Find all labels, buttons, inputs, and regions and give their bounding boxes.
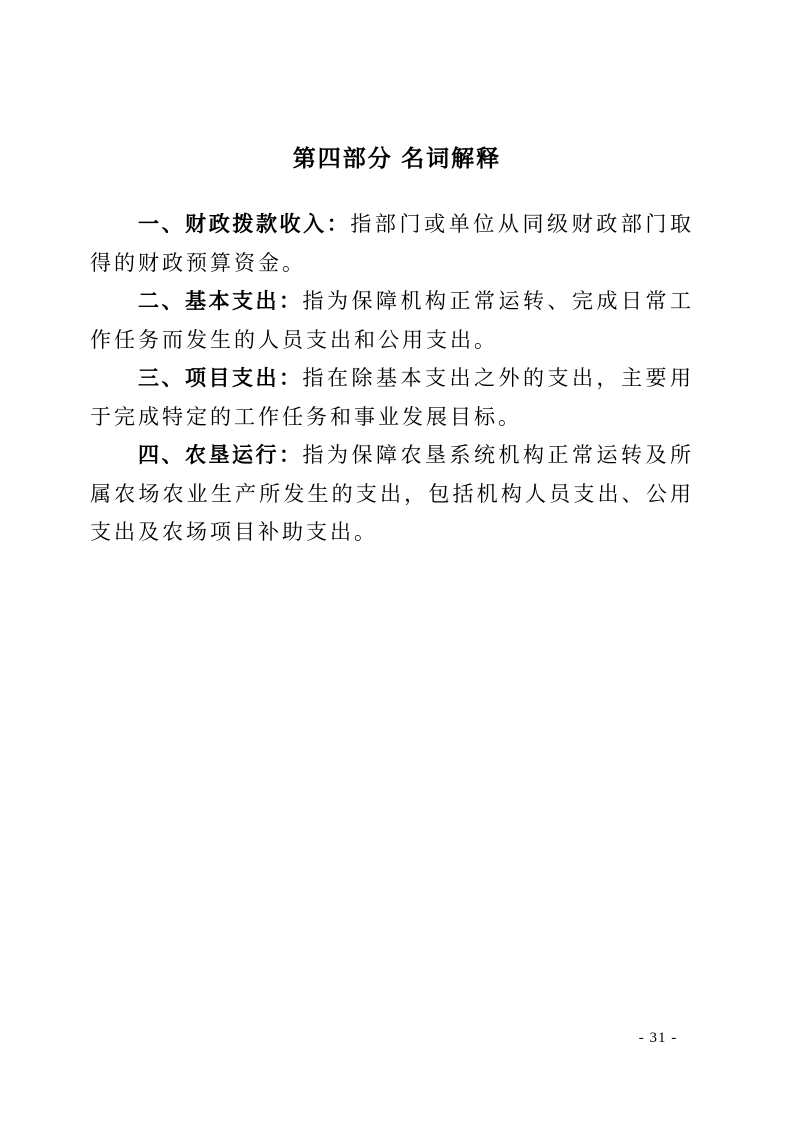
term-definition: 三、项目支出：指在除基本支出之外的支出，主要用于完成特定的工作任务和事业发展目标…: [90, 359, 694, 436]
page-number: - 31 -: [620, 1030, 696, 1047]
term-definition: 二、基本支出：指为保障机构正常运转、完成日常工作任务而发生的人员支出和公用支出。: [90, 282, 694, 359]
term-label: 四、农垦运行：: [138, 444, 303, 467]
document-page: 第四部分 名词解释 一、财政拨款收入：指部门或单位从同级财政部门取得的财政预算资…: [0, 0, 794, 1123]
term-label: 三、项目支出：: [138, 367, 303, 390]
term-definition: 一、财政拨款收入：指部门或单位从同级财政部门取得的财政预算资金。: [90, 205, 694, 282]
document-body: 一、财政拨款收入：指部门或单位从同级财政部门取得的财政预算资金。 二、基本支出：…: [90, 205, 694, 551]
term-label: 一、财政拨款收入：: [138, 213, 350, 236]
term-definition: 四、农垦运行：指为保障农垦系统机构正常运转及所属农场农业生产所发生的支出，包括机…: [90, 436, 694, 551]
term-label: 二、基本支出：: [138, 290, 303, 313]
page-title: 第四部分 名词解释: [0, 140, 794, 173]
